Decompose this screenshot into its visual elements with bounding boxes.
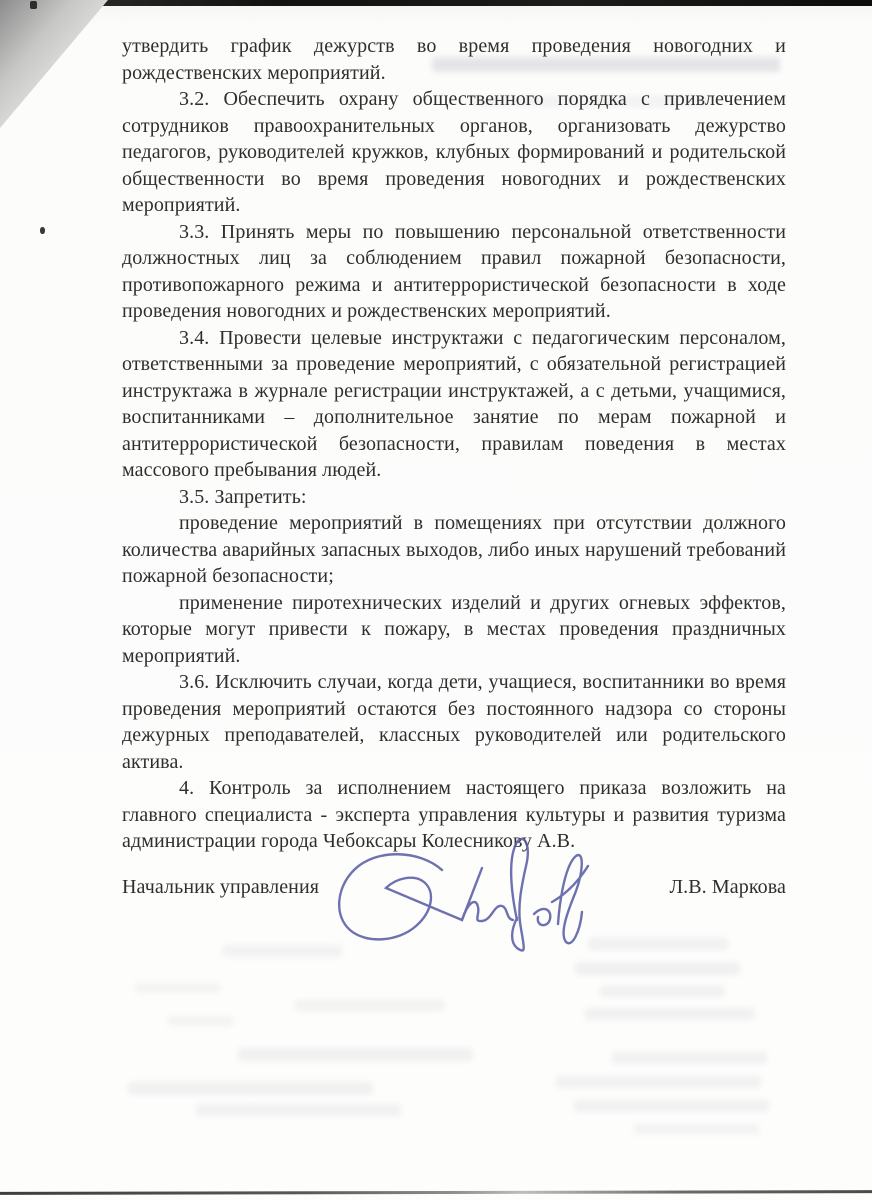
- bleed-through-artifact: [600, 986, 725, 997]
- document-body: утвердить график дежурств во время прове…: [122, 33, 786, 855]
- bleed-through-artifact: [168, 1016, 233, 1026]
- bleed-through-artifact: [128, 1082, 373, 1095]
- signatory-title: Начальник управления: [122, 876, 319, 899]
- paragraph-3-3: 3.3. Принять меры по повышению персональ…: [122, 219, 786, 325]
- bleed-through-artifact: [135, 983, 220, 993]
- paragraph-3-6: 3.6. Исключить случаи, когда дети, учащи…: [122, 669, 786, 775]
- paragraph-3-5: 3.5. Запретить:: [122, 484, 786, 511]
- paragraph-3-5-item-2: применение пиротехнических изделий и дру…: [122, 590, 786, 670]
- bleed-through-artifact: [588, 938, 728, 950]
- bleed-through-artifact: [634, 1124, 759, 1134]
- bleed-through-artifact: [575, 962, 740, 975]
- ink-speck: [40, 227, 45, 234]
- scan-edge-top: [76, 0, 872, 6]
- scanned-document-page: утвердить график дежурств во время прове…: [0, 0, 872, 1200]
- scan-edge-bottom: [0, 1190, 872, 1195]
- paragraph-continuation: утвердить график дежурств во время прове…: [122, 33, 786, 86]
- bleed-through-artifact: [612, 1052, 767, 1064]
- paragraph-3-5-item-1: проведение мероприятий в помещениях при …: [122, 510, 786, 590]
- bleed-through-artifact: [196, 1104, 401, 1116]
- bleed-through-artifact: [295, 1000, 445, 1011]
- paragraph-3-4: 3.4. Провести целевые инструктажи с педа…: [122, 325, 786, 484]
- signature-ink: [324, 834, 596, 964]
- bleed-through-artifact: [556, 1076, 761, 1088]
- paragraph-3-2: 3.2. Обеспечить охрану общественного пор…: [122, 86, 786, 219]
- bleed-through-artifact: [238, 1048, 473, 1061]
- signatory-name: Л.В. Маркова: [669, 876, 786, 899]
- bleed-through-artifact: [574, 1100, 769, 1112]
- scan-corner-fold: [0, 0, 112, 132]
- bleed-through-artifact: [585, 1008, 755, 1020]
